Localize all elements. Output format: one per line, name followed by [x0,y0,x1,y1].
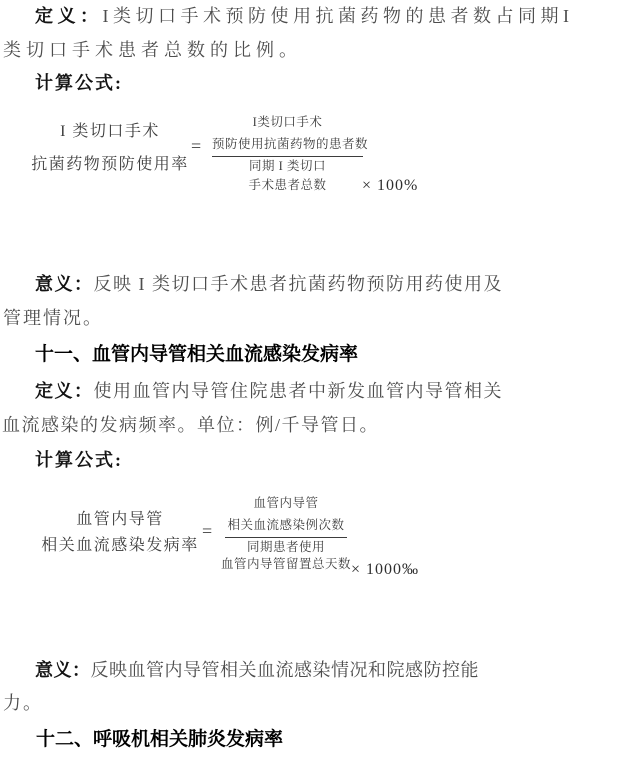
f1-fraction-bar [212,156,363,157]
s11-significance-text1: 反映血管内导管相关血流感染情况和院感防控能 [91,660,480,680]
f2-multiplier: × 1000‰ [351,561,419,579]
section-heading-12: 十二、呼吸机相关肺炎发病率 [36,729,283,751]
f1-lhs-line1: I 类切口手术 [25,123,195,141]
f2-numerator-line2: 相关血流感染例次数 [225,519,347,533]
s11-significance-line2: 力。 [3,693,43,715]
f1-multiplier: × 100% [362,177,418,195]
s10-formula-label: 计算公式: [35,73,123,95]
f2-lhs-line1: 血管内导管 [35,511,205,529]
s11-definition-text1: 使用血管内导管住院患者中新发血管内导管相关 [94,381,504,401]
s10-definition-text1: I类切口手术预防使用抗菌药物的患者数占同期I [103,6,574,26]
s10-significance-line1: 意义：反映 I 类切口手术患者抗菌药物预防用药使用及 [35,274,503,296]
s11-definition-line1: 定义：使用血管内导管住院患者中新发血管内导管相关 [35,381,503,403]
definition-label: 定义： [35,381,94,401]
s10-significance-line2: 管理情况。 [3,308,103,330]
s10-definition-line2: 类切口手术患者总数的比例。 [3,40,302,62]
f1-equals-sign: = [191,137,201,157]
f1-numerator-line2: 预防使用抗菌药物的患者数 [212,138,363,152]
f2-equals-sign: = [202,522,212,542]
significance-label: 意义： [35,660,91,680]
f1-lhs-line2: 抗菌药物预防使用率 [25,156,195,174]
s11-formula-label: 计算公式: [35,450,123,472]
f2-numerator-line1: 血管内导管 [225,497,347,511]
f2-denominator-line2: 血管内导管留置总天数 [217,558,355,572]
f2-denominator-line1: 同期患者使用 [225,541,347,555]
s11-definition-line2: 血流感染的发病频率。单位：例/千导管日。 [2,415,379,437]
f2-fraction-bar [225,537,347,538]
f1-denominator-line2: 手术患者总数 [212,179,363,193]
document-page: 定义：I类切口手术预防使用抗菌药物的患者数占同期I 类切口手术患者总数的比例。 … [0,0,640,767]
definition-label: 定义： [35,6,103,26]
f2-lhs-line2: 相关血流感染发病率 [35,537,205,555]
s11-significance-line1: 意义：反映血管内导管相关血流感染情况和院感防控能 [35,660,479,682]
f1-denominator-line1: 同期 I 类切口 [212,160,363,174]
s10-definition-line1: 定义：I类切口手术预防使用抗菌药物的患者数占同期I [35,6,574,28]
s10-significance-text1: 反映 I 类切口手术患者抗菌药物预防用药使用及 [94,274,504,294]
section-heading-11: 十一、血管内导管相关血流感染发病率 [35,344,358,366]
significance-label: 意义： [35,274,94,294]
f1-numerator-line1: I类切口手术 [212,116,363,130]
